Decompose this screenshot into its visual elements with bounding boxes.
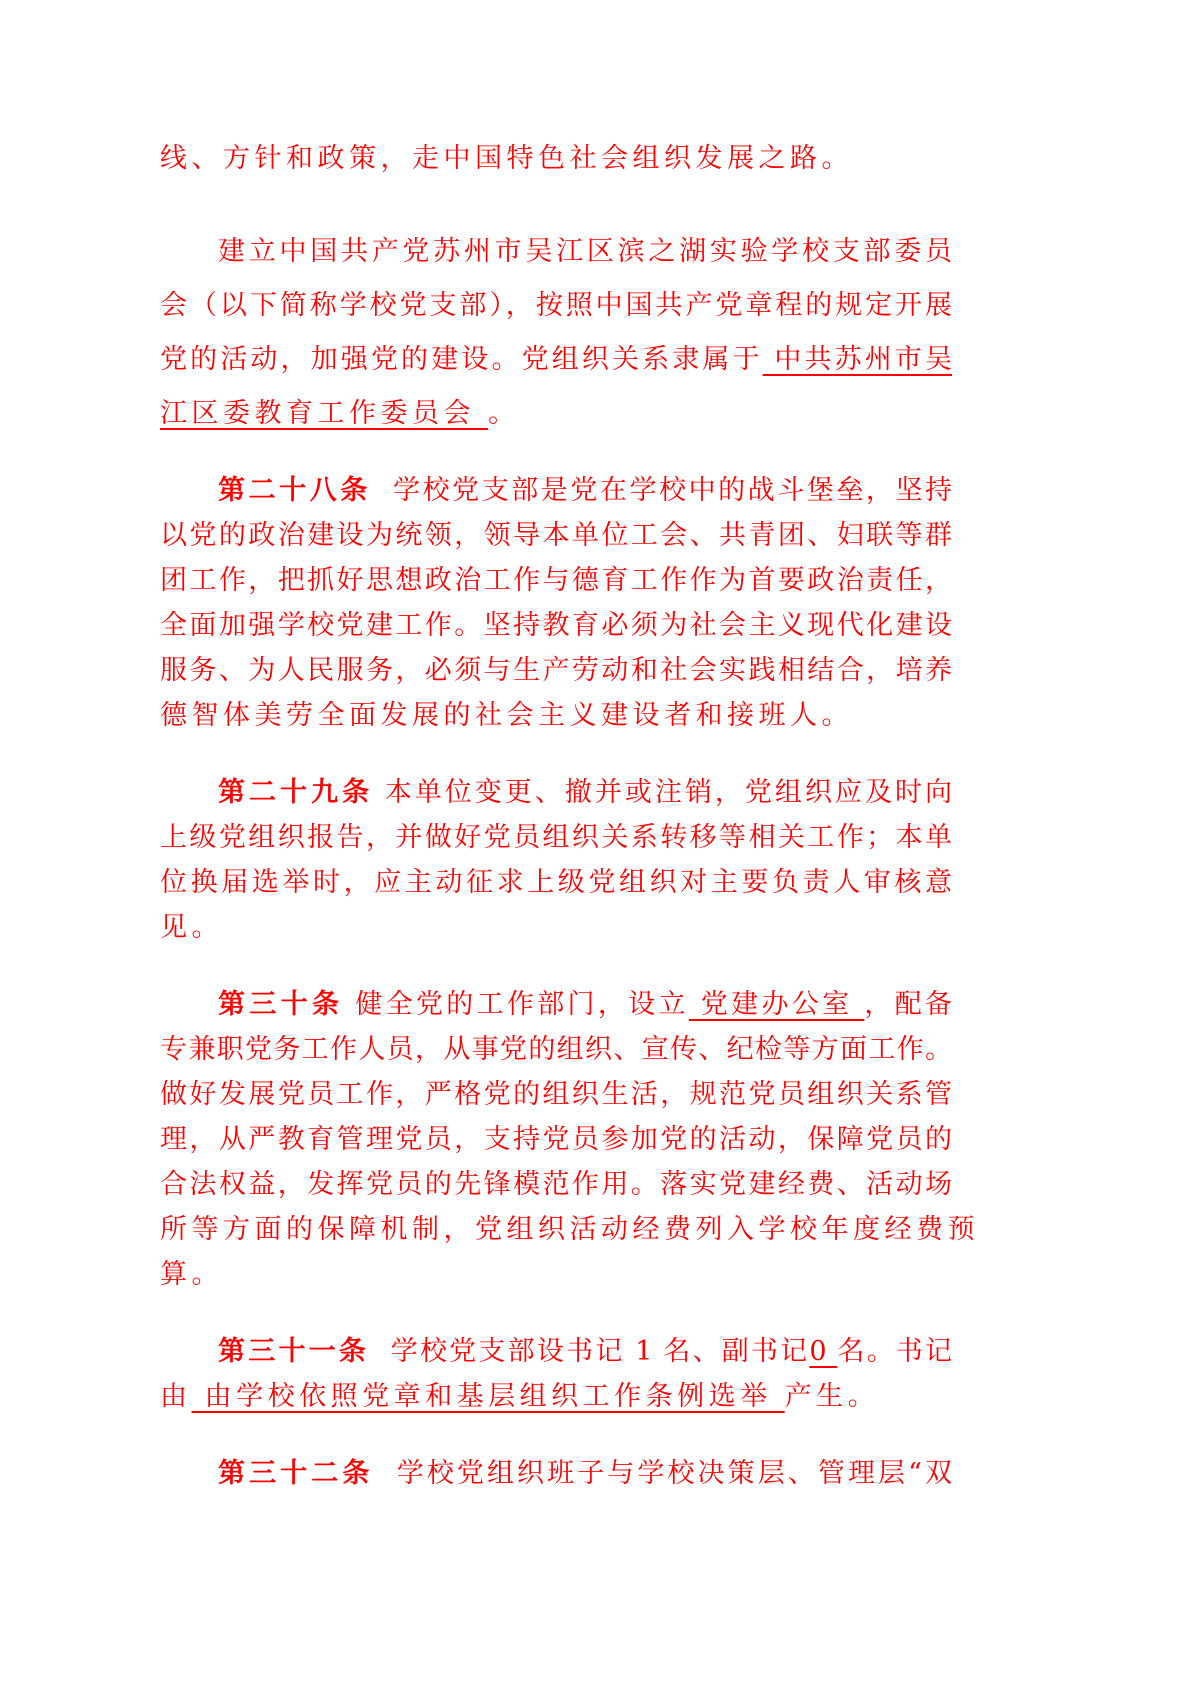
text: 学校党组织班子与学校决策层、管理层“双	[397, 1458, 952, 1489]
paragraph-line: 线、方针和政策，走中国特色社会组织发展之路。	[160, 136, 853, 175]
paragraph-line: 专兼职党务工作人员，从事党的组织、宣传、纪检等方面工作。	[160, 1027, 952, 1066]
article-29-line: 第二十九条 本单位变更、撤并或注销，党组织应及时向	[160, 770, 952, 809]
text: 本单位变更、撤并或注销，党组织应及时向	[385, 777, 952, 808]
article-heading: 第三十二条	[218, 1458, 373, 1489]
article-30-line: 第三十条 健全党的工作部门，设立 党建办公室 ，配备	[160, 982, 952, 1021]
paragraph-line: 德智体美劳全面发展的社会主义建设者和接班人。	[160, 693, 853, 732]
paragraph-line: 党的活动，加强党的建设。党组织关系隶属于 中共苏州市吴	[160, 337, 952, 376]
article-31-line: 第三十一条 学校党支部设书记 1 名、副书记0 名。书记	[160, 1329, 952, 1368]
text: 产生。	[785, 1381, 880, 1412]
deputy-count-field: 0	[809, 1336, 837, 1367]
office-field: 党建办公室	[689, 989, 864, 1020]
paragraph-line: 见。	[160, 905, 223, 944]
text: 健全党的工作部门，设立	[355, 989, 689, 1020]
paragraph-line: 合法权益，发挥党员的先锋模范作用。落实党建经费、活动场	[160, 1162, 952, 1201]
paragraph-line: 上级党组织报告，并做好党员组织关系转移等相关工作；本单	[160, 815, 952, 854]
text: ，配备	[864, 989, 952, 1020]
affiliation-field: 中共苏州市吴	[763, 344, 952, 375]
election-method-field: 由学校依照党章和基层组织工作条例选举	[192, 1381, 785, 1412]
paragraph-line: 算。	[160, 1252, 223, 1291]
paragraph-line: 服务、为人民服务，必须与生产劳动和社会实践相结合，培养	[160, 648, 952, 687]
paragraph-line: 江区委教育工作委员会 。	[160, 391, 520, 430]
text: 学校党支部是党在学校中的战斗堡垒，坚持	[393, 475, 952, 506]
text: 党的活动，加强党的建设。党组织关系隶属于	[160, 344, 763, 375]
text: 。	[488, 398, 520, 429]
text: 学校党支部设书记 1 名、副书记	[391, 1336, 810, 1367]
paragraph-line: 团工作，把抓好思想政治工作与德育工作作为首要政治责任，	[160, 558, 952, 597]
paragraph-line: 以党的政治建设为统领，领导本单位工会、共青团、妇联等群	[160, 513, 952, 552]
article-heading: 第三十条	[218, 989, 343, 1020]
affiliation-field: 江区委教育工作委员会	[160, 398, 488, 429]
article-28-line: 第二十八条 学校党支部是党在学校中的战斗堡垒，坚持	[160, 468, 952, 507]
paragraph-line: 建立中国共产党苏州市吴江区滨之湖实验学校支部委员	[160, 229, 952, 268]
article-32-line: 第三十二条 学校党组织班子与学校决策层、管理层“双	[160, 1451, 952, 1490]
article-heading: 第三十一条	[218, 1336, 369, 1367]
article-heading: 第二十八条	[218, 475, 371, 506]
text: 名。书记	[837, 1336, 952, 1367]
paragraph-line: 所等方面的保障机制，党组织活动经费列入学校年度经费预	[160, 1207, 979, 1246]
text: 由	[160, 1381, 192, 1412]
paragraph-line: 由 由学校依照党章和基层组织工作条例选举 产生。	[160, 1374, 879, 1413]
paragraph-line: 做好发展党员工作，严格党的组织生活，规范党员组织关系管	[160, 1072, 952, 1111]
paragraph-line: 全面加强学校党建工作。坚持教育必须为社会主义现代化建设	[160, 603, 952, 642]
paragraph-line: 会（以下简称学校党支部），按照中国共产党章程的规定开展	[160, 283, 952, 322]
paragraph-line: 理，从严教育管理党员，支持党员参加党的活动，保障党员的	[160, 1117, 952, 1156]
article-heading: 第二十九条	[218, 777, 373, 808]
paragraph-line: 位换届选举时，应主动征求上级党组织对主要负责人审核意	[160, 860, 952, 899]
